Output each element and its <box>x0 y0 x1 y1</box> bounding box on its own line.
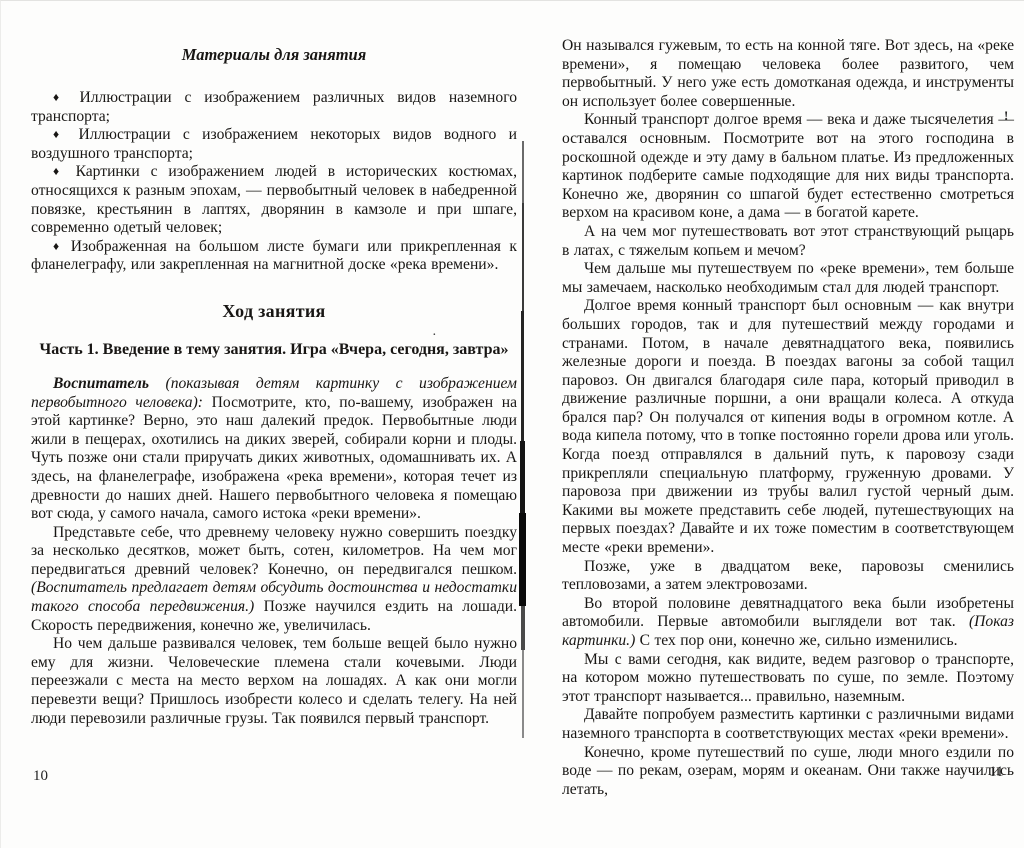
left-page-body: Воспитатель (показывая детям картинку с … <box>31 375 517 728</box>
text-run: Он назывался гужевым, то есть на конной … <box>562 37 1014 110</box>
text-run: Иллюстрации с изображением некоторых вид… <box>31 126 517 162</box>
gutter-shadow-segment <box>522 203 524 311</box>
page-number-left: 10 <box>33 768 48 785</box>
text-run: Давайте попробуем разместить картинки с … <box>562 706 1014 742</box>
right-page-body: Он назывался гужевым, то есть на конной … <box>562 37 1014 799</box>
paragraph: Чем дальше мы путешествуем по «реке врем… <box>562 260 1014 297</box>
part-1-heading: Часть 1. Введение в тему занятия. Игра «… <box>31 341 517 359</box>
bullet-diamond-icon: ♦ <box>53 127 78 141</box>
page-number-right: 11 <box>989 764 1003 781</box>
paragraph: ♦ Картинки с изображением людей в истори… <box>31 163 517 237</box>
text-run: Картинки с изображением людей в историче… <box>31 163 517 236</box>
paragraph: Он назывался гужевым, то есть на конной … <box>562 37 1014 111</box>
paragraph: Конный транспорт долгое время — века и д… <box>562 111 1014 223</box>
text-run: Иллюстрации с изображением различных вид… <box>31 89 517 125</box>
text-run: Изображенная на большом листе бумаги или… <box>31 238 517 274</box>
gutter-shadow-segment <box>521 311 524 441</box>
text-run: Позже, уже в двадцатом веке, паровозы см… <box>562 558 1014 594</box>
text-run: Во второй половине девятнадцатого века б… <box>562 595 1014 631</box>
materials-heading: Материалы для занятия <box>31 45 517 65</box>
bullet-diamond-icon: ♦ <box>53 239 71 253</box>
scan-edge-mark: ! <box>1004 109 1008 122</box>
left-page: Материалы для занятия ♦ Иллюстрации с из… <box>31 45 517 728</box>
scan-speck-dot: · <box>432 329 437 343</box>
text-run: Представьте себе, что древнему человеку … <box>31 524 517 578</box>
gutter-shadow-segment <box>522 141 524 203</box>
paragraph: Но чем дальше развивался человек, тем бо… <box>31 635 517 728</box>
text-run: Конечно, кроме путешествий по суше, люди… <box>562 744 1014 798</box>
text-run: С тех пор они, конечно же, сильно измени… <box>640 632 958 649</box>
text-run: Но чем дальше развивался человек, тем бо… <box>31 635 517 726</box>
paragraph: ♦ Изображенная на большом листе бумаги и… <box>31 238 517 275</box>
text-run: А на чем мог путешествовать вот этот стр… <box>562 223 1014 259</box>
text-run: Посмотрите, кто, по-вашему, изображен на… <box>31 394 517 523</box>
gutter-shadow-segment <box>519 513 526 606</box>
paragraph: Позже, уже в двадцатом веке, паровозы см… <box>562 558 1014 595</box>
text-run: Долгое время конный транспорт был основн… <box>562 297 1014 556</box>
paragraph: Мы с вами сегодня, как видите, ведем раз… <box>562 651 1014 707</box>
gutter-shadow-segment <box>522 650 524 738</box>
paragraph: Давайте попробуем разместить картинки с … <box>562 706 1014 743</box>
paragraph: А на чем мог путешествовать вот этот стр… <box>562 223 1014 260</box>
paragraph: Конечно, кроме путешествий по суше, люди… <box>562 744 1014 800</box>
paragraph: Представьте себе, что древнему человеку … <box>31 524 517 636</box>
text-run: Конный транспорт долгое время — века и д… <box>562 111 1014 221</box>
text-run: Воспитатель <box>53 375 166 392</box>
paragraph: Воспитатель (показывая детям картинку с … <box>31 375 517 524</box>
paragraph: ♦ Иллюстрации с изображением различных в… <box>31 89 517 126</box>
bullet-diamond-icon: ♦ <box>53 164 76 178</box>
course-heading: Ход занятия <box>31 301 517 322</box>
text-run: Чем дальше мы путешествуем по «реке врем… <box>562 260 1014 296</box>
paragraph: Во второй половине девятнадцатого века б… <box>562 595 1014 651</box>
materials-bullet-list: ♦ Иллюстрации с изображением различных в… <box>31 89 517 275</box>
paragraph: Долгое время конный транспорт был основн… <box>562 297 1014 557</box>
gutter-shadow-segment <box>521 606 525 650</box>
text-run: Мы с вами сегодня, как видите, ведем раз… <box>562 651 1014 705</box>
gutter-shadow-segment <box>520 441 525 513</box>
paragraph: ♦ Иллюстрации с изображением некоторых в… <box>31 126 517 163</box>
right-page: Он назывался гужевым, то есть на конной … <box>562 37 1014 799</box>
bullet-diamond-icon: ♦ <box>53 90 80 104</box>
scanned-book-spread: Материалы для занятия ♦ Иллюстрации с из… <box>0 0 1024 848</box>
